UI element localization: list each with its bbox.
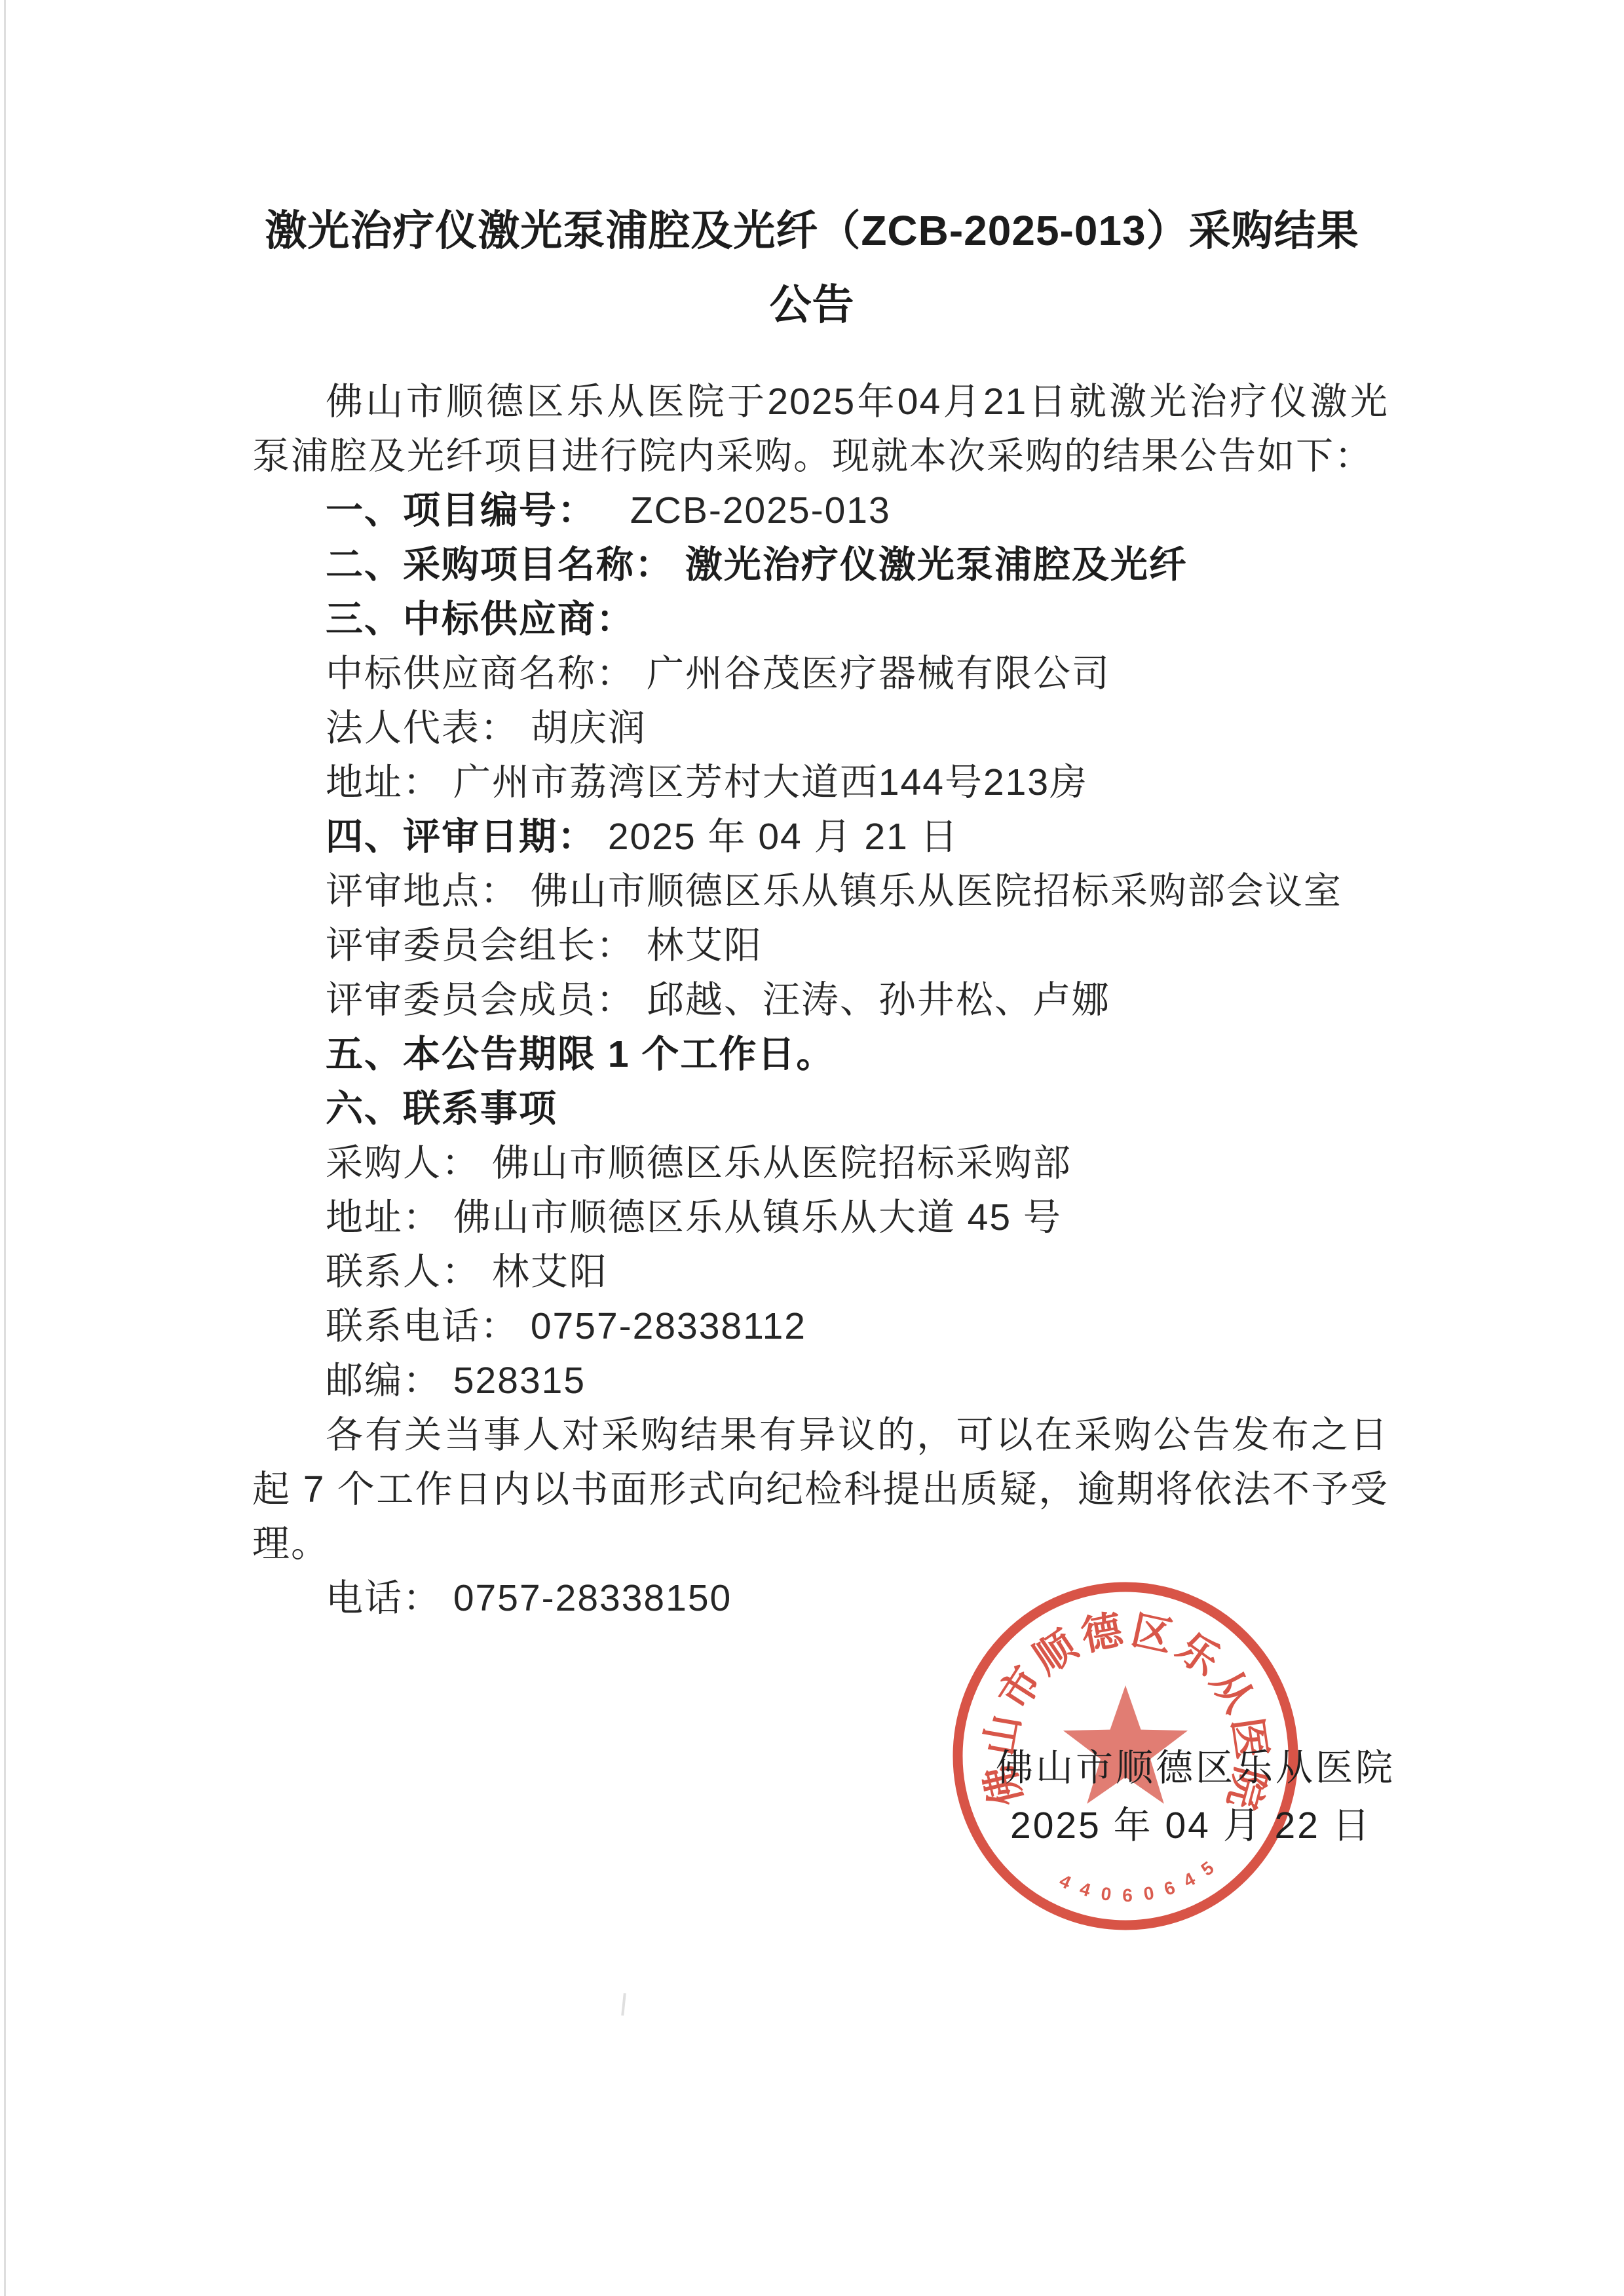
item-label: 联系人： — [326, 1251, 480, 1293]
list-item-legal-representative: 法人代表： 胡庆润 — [252, 701, 1389, 756]
item-label: 地址： — [326, 761, 442, 803]
page-title: 激光治疗仪激光泵浦腔及光纤（ZCB-2025-013）采购结果 公告 — [0, 194, 1624, 342]
signature-organization: 佛山市顺德区乐从医院 — [996, 1738, 1395, 1791]
signature-date: 2025 年 04 月 22 日 — [1010, 1795, 1372, 1849]
item-label: 中标供应商名称： — [326, 653, 635, 695]
item-value: 佛山市顺德区乐从镇乐从医院招标采购部会议室 — [531, 870, 1342, 912]
item-value: 0757-28338150 — [453, 1577, 732, 1619]
item-label: 电话： — [326, 1577, 442, 1619]
item-label: 三、中标供应商： — [326, 598, 635, 640]
item-value: 佛山市顺德区乐从镇乐从大道 45 号 — [453, 1196, 1062, 1238]
item-label: 评审委员会成员： — [326, 979, 635, 1021]
item-value: 0757-28338112 — [531, 1305, 806, 1347]
intro-paragraph: 佛山市顺德区乐从医院于2025年04月21日就激光治疗仪激光泵浦腔及光纤项目进行… — [252, 375, 1389, 484]
item-value: ZCB-2025-013 — [630, 489, 891, 531]
item-value: 广州谷茂医疗器械有限公司 — [647, 653, 1110, 695]
list-item-announcement-period: 五、本公告期限 1 个工作日。 — [252, 1027, 1389, 1082]
list-item-winning-supplier-heading: 三、中标供应商： — [252, 592, 1389, 647]
list-item-project-number: 一、项目编号： ZCB-2025-013 — [252, 484, 1389, 538]
page-title-line-1: 激光治疗仪激光泵浦腔及光纤（ZCB-2025-013）采购结果 — [0, 194, 1624, 268]
item-label: 六、联系事项 — [326, 1088, 557, 1130]
item-value: 胡庆润 — [531, 707, 647, 749]
item-value: 林艾阳 — [492, 1251, 608, 1293]
list-item-project-name: 二、采购项目名称： 激光治疗仪激光泵浦腔及光纤 — [252, 538, 1389, 592]
scan-artifact-speck — [621, 1993, 626, 2016]
item-value: 邱越、汪涛、孙井松、卢娜 — [647, 979, 1110, 1021]
list-item-purchaser: 采购人： 佛山市顺德区乐从医院招标采购部 — [252, 1136, 1389, 1191]
item-label: 采购人： — [326, 1142, 480, 1184]
item-value: 林艾阳 — [647, 925, 763, 966]
item-value: 528315 — [453, 1360, 586, 1402]
item-value: 广州市荔湾区芳村大道西144号213房 — [453, 761, 1088, 803]
item-label: 五、本公告期限 1 个工作日。 — [326, 1033, 835, 1075]
item-label: 评审委员会组长： — [326, 925, 635, 966]
item-label: 邮编： — [326, 1360, 442, 1402]
scanned-announcement-page: 激光治疗仪激光泵浦腔及光纤（ZCB-2025-013）采购结果 公告 佛山市顺德… — [0, 0, 1624, 2296]
item-value: 佛山市顺德区乐从医院招标采购部 — [492, 1142, 1072, 1184]
list-item-purchaser-address: 地址： 佛山市顺德区乐从镇乐从大道 45 号 — [252, 1191, 1389, 1245]
list-item-review-committee-leader: 评审委员会组长： 林艾阳 — [252, 919, 1389, 973]
item-label: 二、采购项目名称： — [326, 544, 673, 586]
item-label: 联系电话： — [326, 1305, 519, 1347]
item-label: 评审地点： — [326, 870, 519, 912]
list-item-postal-code: 邮编： 528315 — [252, 1354, 1389, 1408]
announcement-body: 佛山市顺德区乐从医院于2025年04月21日就激光治疗仪激光泵浦腔及光纤项目进行… — [252, 375, 1389, 1626]
item-label: 一、项目编号： — [326, 489, 596, 531]
item-label: 四、评审日期： — [326, 816, 596, 858]
list-item-contact-matters-heading: 六、联系事项 — [252, 1082, 1389, 1136]
item-value: 激光治疗仪激光泵浦腔及光纤 — [685, 544, 1188, 586]
page-title-line-2: 公告 — [0, 268, 1624, 342]
list-item-supplier-name: 中标供应商名称： 广州谷茂医疗器械有限公司 — [252, 647, 1389, 701]
scan-edge-line — [4, 0, 6, 2296]
list-item-review-date: 四、评审日期： 2025 年 04 月 21 日 — [252, 810, 1389, 864]
item-label: 地址： — [326, 1196, 442, 1238]
list-item-supplier-address: 地址： 广州市荔湾区芳村大道西144号213房 — [252, 756, 1389, 810]
item-label: 法人代表： — [326, 707, 519, 749]
list-item-review-committee-members: 评审委员会成员： 邱越、汪涛、孙井松、卢娜 — [252, 973, 1389, 1027]
item-value: 2025 年 04 月 21 日 — [608, 816, 959, 858]
list-item-contact-person: 联系人： 林艾阳 — [252, 1245, 1389, 1299]
list-item-contact-phone: 联系电话： 0757-28338112 — [252, 1299, 1389, 1354]
objection-paragraph: 各有关当事人对采购结果有异议的，可以在采购公告发布之日起 7 个工作日内以书面形… — [252, 1408, 1389, 1571]
list-item-review-location: 评审地点： 佛山市顺德区乐从镇乐从医院招标采购部会议室 — [252, 864, 1389, 919]
